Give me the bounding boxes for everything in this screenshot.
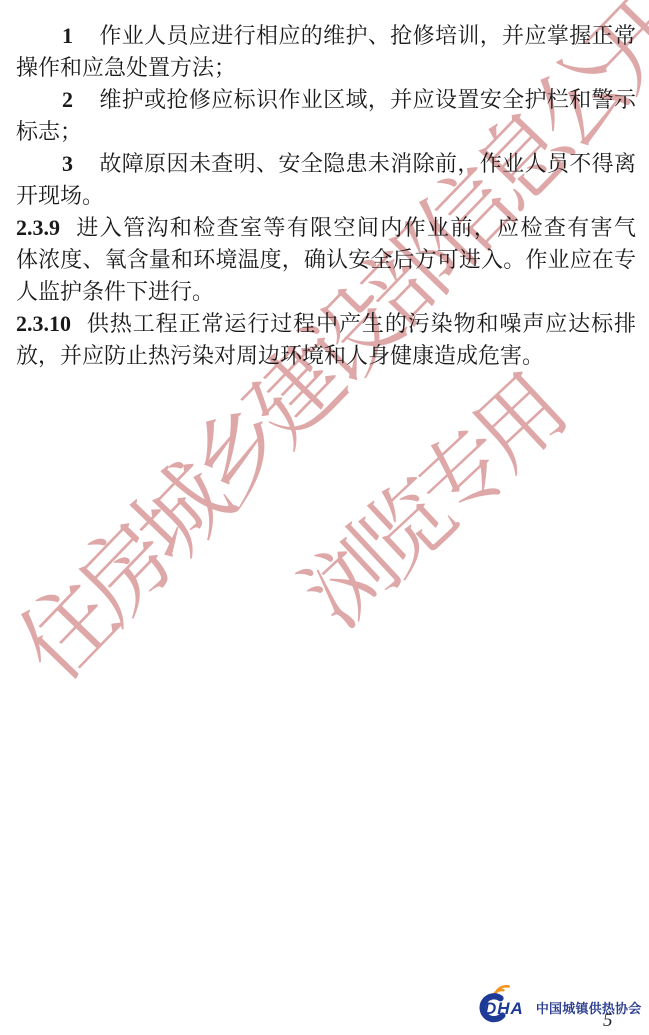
text-line: 人监护条件下进行。: [16, 276, 636, 308]
line-text: 人监护条件下进行。: [16, 279, 214, 304]
text-line: 开现场。: [16, 180, 636, 212]
logo-acronym: DHA: [484, 999, 524, 1019]
clause-number: 1: [62, 23, 73, 48]
text-line: 放，并应防止热污染对周边环境和人身健康造成危害。: [16, 340, 636, 372]
line-text: 故障原因未查明、安全隐患未消除前，作业人员不得离: [99, 151, 636, 176]
text-line: 操作和应急处置方法；: [16, 52, 636, 84]
first-line-indent: [16, 170, 62, 171]
footer-logo: DHA 中国城镇供热协会: [468, 982, 641, 1024]
clause-number: 2.3.10: [16, 311, 71, 336]
number-gap: [73, 170, 99, 171]
clause-number: 2: [62, 87, 73, 112]
text-line: 3故障原因未查明、安全隐患未消除前，作业人员不得离: [16, 148, 636, 180]
line-text: 维护或抢修应标识作业区域，并应设置安全护栏和警示: [99, 87, 636, 112]
clause-number: 2.3.9: [16, 215, 60, 240]
logo-name: 中国城镇供热协会: [536, 998, 642, 1017]
clause-number: 3: [62, 151, 73, 176]
text-line: 2维护或抢修应标识作业区域，并应设置安全护栏和警示: [16, 84, 636, 116]
line-text: 作业人员应进行相应的维护、抢修培训，并应掌握正常: [99, 23, 636, 48]
text-line: 2.3.10供热工程正常运行过程中产生的污染物和噪声应达标排: [16, 308, 636, 340]
page-number: 5: [603, 1010, 613, 1032]
line-text: 标志；: [16, 119, 82, 144]
line-text: 体浓度、氧含量和环境温度，确认安全后方可进入。作业应在专: [16, 247, 636, 272]
line-text: 操作和应急处置方法；: [16, 55, 236, 80]
document-body: 1作业人员应进行相应的维护、抢修培训，并应掌握正常操作和应急处置方法；2维护或抢…: [16, 20, 636, 372]
number-gap: [73, 106, 99, 107]
line-text: 放，并应防止热污染对周边环境和人身健康造成危害。: [16, 343, 544, 368]
line-text: 供热工程正常运行过程中产生的污染物和噪声应达标排: [86, 311, 636, 336]
text-line: 体浓度、氧含量和环境温度，确认安全后方可进入。作业应在专: [16, 244, 636, 276]
text-line: 2.3.9进入管沟和检查室等有限空间内作业前，应检查有害气: [16, 212, 636, 244]
text-line: 1作业人员应进行相应的维护、抢修培训，并应掌握正常: [16, 20, 636, 52]
first-line-indent: [16, 106, 62, 107]
text-line: 标志；: [16, 116, 636, 148]
line-text: 开现场。: [16, 183, 104, 208]
first-line-indent: [16, 42, 62, 43]
line-text: 进入管沟和检查室等有限空间内作业前，应检查有害气: [75, 215, 636, 240]
document-page: { "page": { "width": 649, "height": 1035…: [0, 0, 649, 1035]
number-gap: [71, 330, 86, 331]
number-gap: [73, 42, 99, 43]
number-gap: [60, 234, 75, 235]
